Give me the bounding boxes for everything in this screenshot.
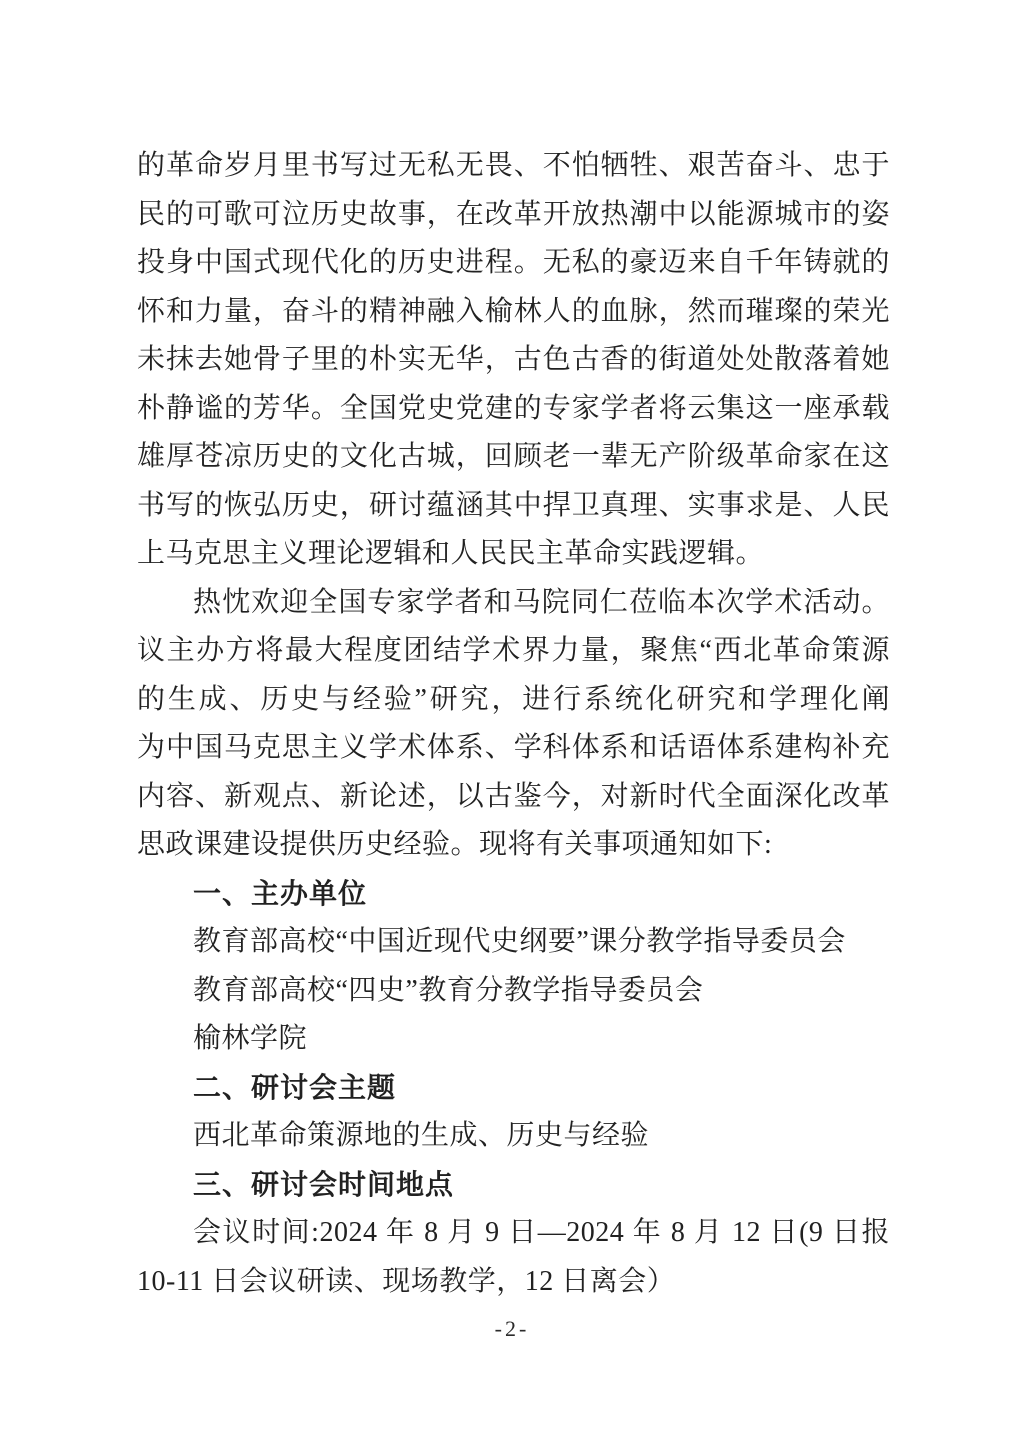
text-line: 西北革命策源地的生成、历史与经验 [137,1112,890,1161]
text-line: 会议时间:2024 年 8 月 9 日—2024 年 8 月 12 日(9 日报… [137,1209,890,1258]
text-line: 投身中国式现代化的历史进程。无私的豪迈来自千年铸就的胸 [137,239,890,288]
text-line: 热忱欢迎全国专家学者和马院同仁莅临本次学术活动。会 [137,579,890,628]
text-line: 内容、新观点、新论述，以古鉴今，对新时代全面深化改革中 [137,773,890,822]
text-line: 雄厚苍凉历史的文化古城，回顾老一辈无产阶级革命家在这里 [137,433,890,482]
text-line: 书写的恢弘历史，研讨蕴涵其中捍卫真理、实事求是、人民至 [137,482,890,531]
text-line: 未抹去她骨子里的朴实无华，古色古香的街道处处散落着她古 [137,336,890,385]
text-line: 上马克思主义理论逻辑和人民民主革命实践逻辑。 [137,530,890,579]
text-line: 怀和力量，奋斗的精神融入榆林人的血脉，然而璀璨的荣光并 [137,288,890,337]
page-number: -2- [0,1312,1024,1346]
text-line: 思政课建设提供历史经验。现将有关事项通知如下: [137,821,890,870]
text-line: 10-11 日会议研读、现场教学，12 日离会） [137,1258,890,1307]
text-line: 教育部高校“中国近现代史纲要”课分教学指导委员会 [137,918,890,967]
text-line: 的革命岁月里书写过无私无畏、不怕牺牲、艰苦奋斗、忠于人 [137,142,890,191]
text-line: 为中国马克思主义学术体系、学科体系和话语体系建构补充新 [137,724,890,773]
text-line: 民的可歌可泣历史故事，在改革开放热潮中以能源城市的姿态 [137,191,890,240]
text-line: 的生成、历史与经验”研究，进行系统化研究和学理化阐释， [137,676,890,725]
text-line: 教育部高校“四史”教育分教学指导委员会 [137,967,890,1016]
text-line: 议主办方将最大程度团结学术界力量，聚焦“西北革命策源地 [137,627,890,676]
document-page: 的革命岁月里书写过无私无畏、不怕牺牲、艰苦奋斗、忠于人民的可歌可泣历史故事，在改… [0,0,1024,1448]
section-heading: 一、主办单位 [137,870,890,919]
section-heading: 三、研讨会时间地点 [137,1161,890,1210]
document-body: 的革命岁月里书写过无私无畏、不怕牺牲、艰苦奋斗、忠于人民的可歌可泣历史故事，在改… [137,142,890,1306]
text-line: 榆林学院 [137,1015,890,1064]
section-heading: 二、研讨会主题 [137,1064,890,1113]
text-line: 朴静谧的芳华。全国党史党建的专家学者将云集这一座承载过 [137,385,890,434]
